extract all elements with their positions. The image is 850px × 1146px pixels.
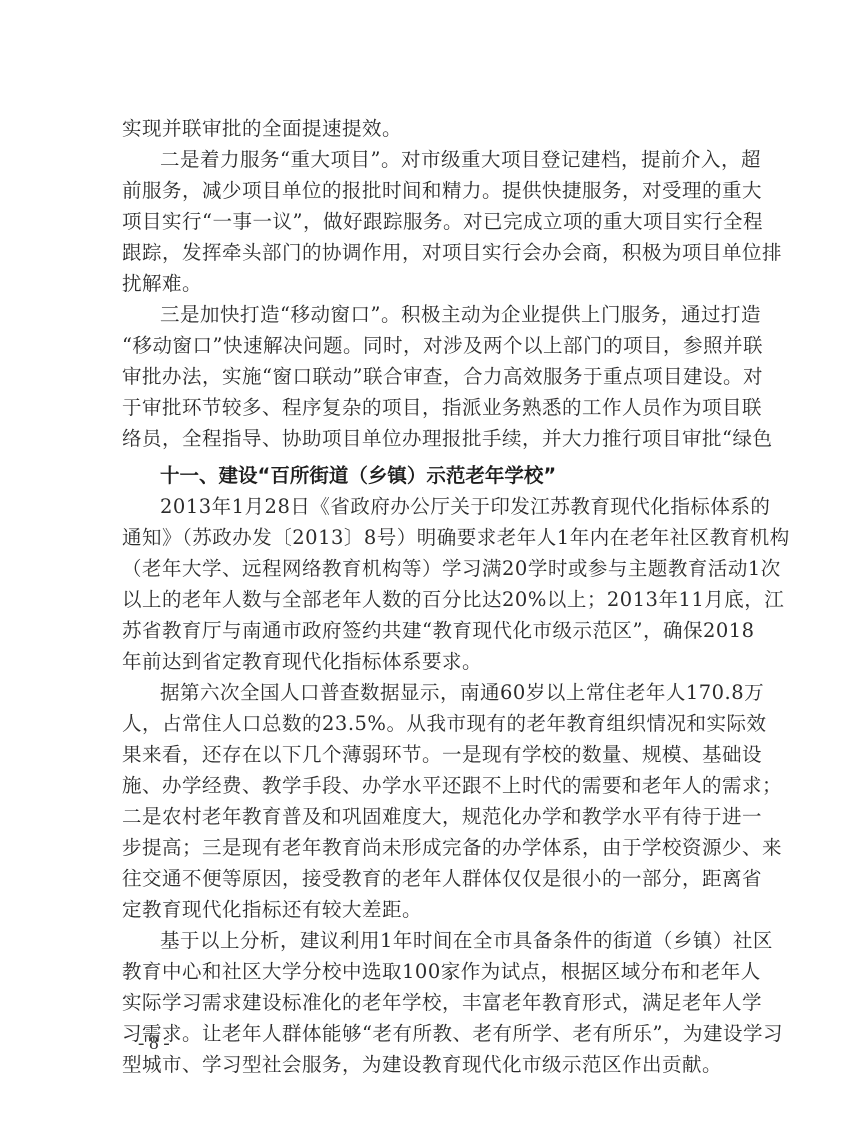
paragraph-line: 三是加快打造“移动窗口”。积极主动为企业提供上门服务，通过打造 (160, 300, 728, 330)
paragraph-line: 实际学习需求建设标准化的老年学校，丰富老年教育形式，满足老年人学 (122, 988, 728, 1018)
paragraph-line: 二是农村老年教育普及和巩固难度大，规范化办学和教学水平有待于进一 (122, 802, 728, 832)
paragraph-line: 习需求。让老年人群体能够“老有所教、老有所学、老有所乐”，为建设学习 (122, 1019, 728, 1049)
paragraph-line: 前服务，减少项目单位的报批时间和精力。提供快捷服务，对受理的重大 (122, 176, 728, 206)
page-number: - 8 - (138, 1033, 170, 1055)
paragraph-line: 络员，全程指导、协助项目单位办理报批手续，并大力推行项目审批“绿色 (122, 424, 728, 454)
paragraph-line: （老年大学、远程网络教育机构等）学习满20学时或参与主题教育活动1次 (122, 554, 728, 584)
paragraph-line: 施、办学经费、教学手段、办学水平还跟不上时代的需要和老年人的需求； (122, 771, 728, 801)
paragraph-line: 项目实行“一事一议”，做好跟踪服务。对已完成立项的重大项目实行全程 (122, 207, 728, 237)
paragraph-line: 定教育现代化指标还有较大差距。 (122, 895, 728, 925)
paragraph-line: 教育中心和社区大学分校中选取100家作为试点，根据区域分布和老年人 (122, 957, 728, 987)
paragraph-line: 往交通不便等原因，接受教育的老年人群体仅仅是很小的一部分，距离省 (122, 864, 728, 894)
section-heading: 十一、建设“百所街道（乡镇）示范老年学校” (160, 461, 556, 491)
paragraph-line: 苏省教育厅与南通市政府签约共建“教育现代化市级示范区”，确保2018 (122, 616, 728, 646)
paragraph-line: 实现并联审批的全面提速提效。 (122, 114, 728, 144)
paragraph-line: 型城市、学习型社会服务，为建设教育现代化市级示范区作出贡献。 (122, 1050, 728, 1080)
paragraph-line: 2013年1月28日《省政府办公厅关于印发江苏教育现代化指标体系的 (160, 492, 728, 522)
paragraph-line: 审批办法，实施“窗口联动”联合审查，合力高效服务于重点项目建设。对 (122, 362, 728, 392)
paragraph-line: 二是着力服务“重大项目”。对市级重大项目登记建档，提前介入，超 (160, 145, 728, 175)
paragraph-line: 扰解难。 (122, 269, 728, 299)
paragraph-line: 人，占常住人口总数的23.5%。从我市现有的老年教育组织情况和实际效 (122, 709, 728, 739)
paragraph-line: 步提高；三是现有老年教育尚未形成完备的办学体系，由于学校资源少、来 (122, 833, 728, 863)
paragraph-line: “移动窗口”快速解决问题。同时，对涉及两个以上部门的项目，参照并联 (122, 331, 728, 361)
paragraph-line: 年前达到省定教育现代化指标体系要求。 (122, 647, 728, 677)
paragraph-line: 果来看，还存在以下几个薄弱环节。一是现有学校的数量、规模、基础设 (122, 740, 728, 770)
paragraph-line: 通知》（苏政办发〔2013〕8号）明确要求老年人1年内在老年社区教育机构 (122, 523, 728, 553)
document-page: 实现并联审批的全面提速提效。 二是着力服务“重大项目”。对市级重大项目登记建档，… (0, 0, 850, 1146)
paragraph-line: 于审批环节较多、程序复杂的项目，指派业务熟悉的工作人员作为项目联 (122, 393, 728, 423)
paragraph-line: 基于以上分析，建议利用1年时间在全市具备条件的街道（乡镇）社区 (160, 926, 728, 956)
paragraph-line: 跟踪，发挥牵头部门的协调作用，对项目实行会办会商，积极为项目单位排 (122, 238, 728, 268)
paragraph-line: 据第六次全国人口普查数据显示，南通60岁以上常住老年人170.8万 (160, 678, 728, 708)
paragraph-line: 以上的老年人数与全部老年人数的百分比达20%以上；2013年11月底，江 (122, 585, 728, 615)
